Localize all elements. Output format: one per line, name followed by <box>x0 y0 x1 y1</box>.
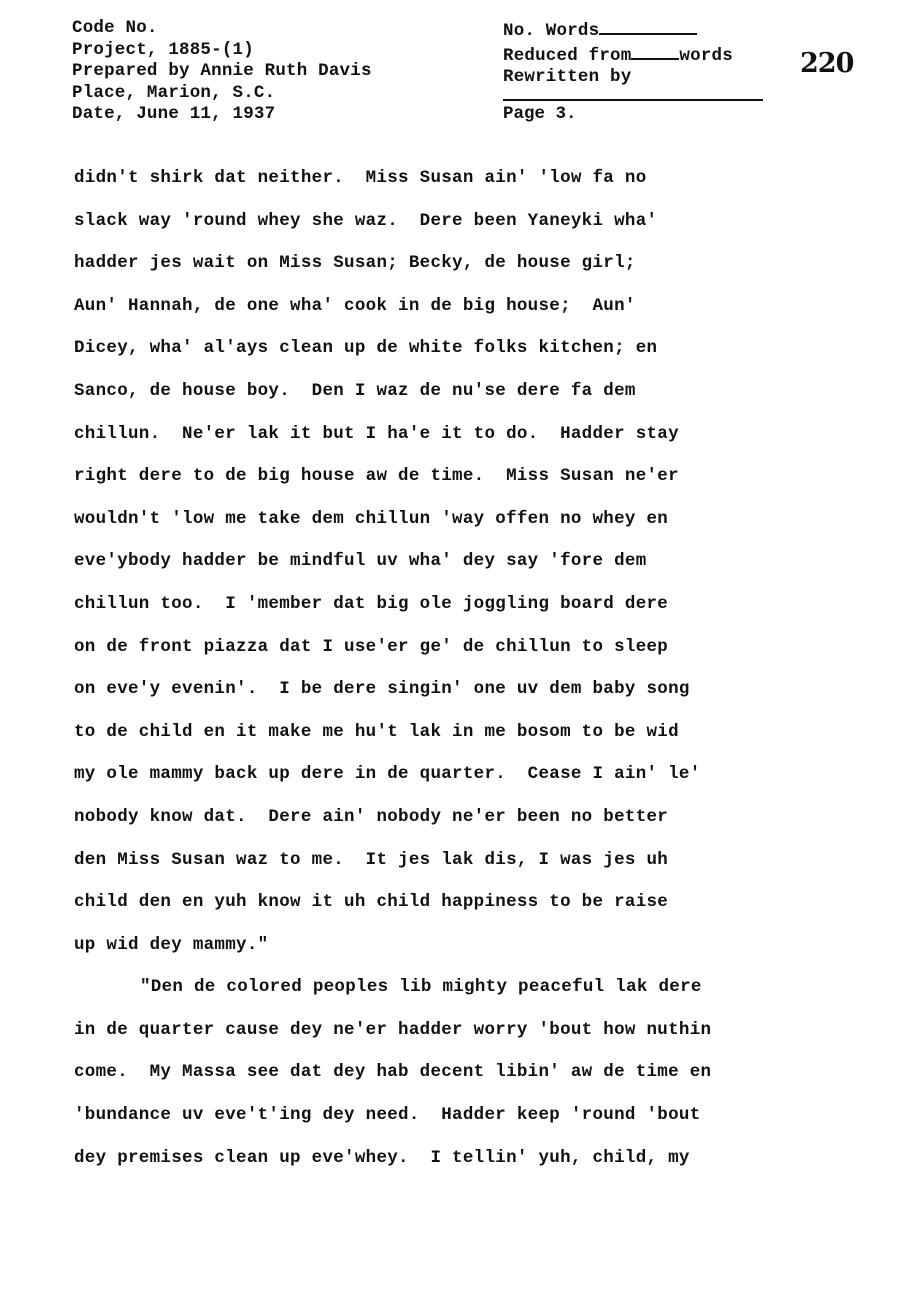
text-line: den Miss Susan waz to me. It jes lak dis… <box>74 846 874 889</box>
date: Date, June 11, 1937 <box>72 104 372 126</box>
text-line: Sanco, de house boy. Den I waz de nu'se … <box>74 377 874 420</box>
text-line: chillun. Ne'er lak it but I ha'e it to d… <box>74 420 874 463</box>
text-line: wouldn't 'low me take dem chillun 'way o… <box>74 505 874 548</box>
reduced-from-field: Reduced fromwords <box>503 43 733 68</box>
no-words-blank <box>599 18 697 35</box>
text-line: 'bundance uv eve't'ing dey need. Hadder … <box>74 1101 874 1144</box>
header-metadata-left: Code No. Project, 1885-(1) Prepared by A… <box>72 18 372 126</box>
text-line: Dicey, wha' al'ays clean up de white fol… <box>74 334 874 377</box>
stamped-page-number: 220 <box>800 48 853 79</box>
place: Place, Marion, S.C. <box>72 83 372 105</box>
signature-rule <box>503 99 763 101</box>
text-line: up wid dey mammy." <box>74 931 874 974</box>
no-words-field: No. Words <box>503 18 733 43</box>
prepared-by: Prepared by Annie Ruth Davis <box>72 61 372 83</box>
text-line: chillun too. I 'member dat big ole joggl… <box>74 590 874 633</box>
reduced-from-blank <box>631 43 679 60</box>
text-line: come. My Massa see dat dey hab decent li… <box>74 1058 874 1101</box>
text-line: child den en yuh know it uh child happin… <box>74 888 874 931</box>
text-line: to de child en it make me hu't lak in me… <box>74 718 874 761</box>
typewritten-page: Code No. Project, 1885-(1) Prepared by A… <box>0 0 900 1315</box>
text-line: on eve'y evenin'. I be dere singin' one … <box>74 675 874 718</box>
reduced-words-label: words <box>679 46 733 66</box>
text-line: in de quarter cause dey ne'er hadder wor… <box>74 1016 874 1059</box>
text-line: slack way 'round whey she waz. Dere been… <box>74 207 874 250</box>
text-line: eve'ybody hadder be mindful uv wha' dey … <box>74 547 874 590</box>
rewritten-by: Rewritten by <box>503 67 733 89</box>
no-words-label: No. Words <box>503 21 599 41</box>
text-line: hadder jes wait on Miss Susan; Becky, de… <box>74 249 874 292</box>
text-line: nobody know dat. Dere ain' nobody ne'er … <box>74 803 874 846</box>
text-line: my ole mammy back up dere in de quarter.… <box>74 760 874 803</box>
reduced-from-label: Reduced from <box>503 46 631 66</box>
text-line: dey premises clean up eve'whey. I tellin… <box>74 1144 874 1187</box>
text-line: right dere to de big house aw de time. M… <box>74 462 874 505</box>
text-line: Aun' Hannah, de one wha' cook in de big … <box>74 292 874 335</box>
header-metadata-right: No. Words Reduced fromwords Rewritten by <box>503 18 733 89</box>
code-number: Code No. <box>72 18 372 40</box>
project-number: Project, 1885-(1) <box>72 40 372 62</box>
text-line: on de front piazza dat I use'er ge' de c… <box>74 633 874 676</box>
text-line: didn't shirk dat neither. Miss Susan ain… <box>74 164 874 207</box>
narrative-body: didn't shirk dat neither. Miss Susan ain… <box>74 164 874 1186</box>
paragraph-start-line: "Den de colored peoples lib mighty peace… <box>74 973 874 1016</box>
page-number: Page 3. <box>503 104 577 124</box>
